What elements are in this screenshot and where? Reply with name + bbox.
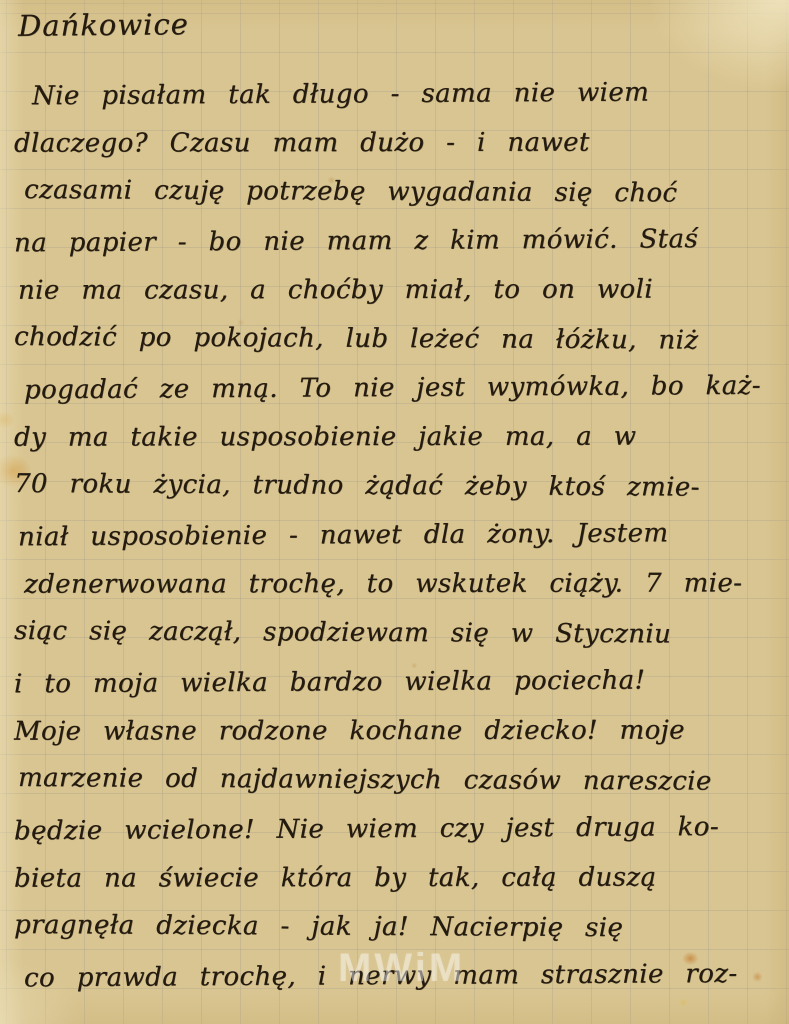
handwriting-line: na papier - bo nie mam z kim mówić. Staś	[14, 215, 782, 269]
handwriting-line: i to moja wielka bardzo wielka pociecha!	[14, 656, 782, 710]
handwriting-line: chodzić po pokojach, lub leżeć na łóżku,…	[14, 313, 782, 366]
letter-heading: Dańkowice	[18, 7, 189, 43]
handwriting-line: pogadać ze mną. To nie jest wymówka, bo …	[24, 362, 782, 416]
handwriting-line: czasami czuję potrzebę wygadania się cho…	[24, 166, 782, 219]
museum-watermark: MWiM	[338, 946, 465, 991]
handwriting-line: zdenerwowana trochę, to wskutek ciąży. 7…	[24, 559, 782, 609]
handwriting-line: marzenie od najdawniejszych czasów nares…	[18, 754, 782, 807]
handwriting-line: bieta na świecie która by tak, całą dusz…	[14, 853, 782, 903]
handwriting-line: niał usposobienie - nawet dla żony. Jest…	[18, 509, 782, 563]
handwriting-line: nie ma czasu, a choćby miał, to on woli	[18, 265, 782, 315]
handwriting-line: będzie wcielone! Nie wiem czy jest druga…	[14, 803, 782, 857]
handwriting-line: 70 roku życia, trudno żądać żeby ktoś zm…	[14, 460, 782, 513]
letter-body: Nie pisałam tak długo - sama nie wiem dl…	[14, 70, 782, 1001]
handwriting-line: Moje własne rodzone kochane dziecko! moj…	[14, 706, 782, 756]
handwriting-line: Nie pisałam tak długo - sama nie wiem	[32, 68, 782, 122]
handwriting-line: dy ma takie usposobienie jakie ma, a w	[14, 412, 782, 462]
handwriting-line: dlaczego? Czasu mam dużo - i nawet	[14, 118, 782, 168]
letter-page: Dańkowice Nie pisałam tak długo - sama n…	[0, 0, 789, 1024]
handwriting-line: siąc się zaczął, spodziewam się w Styczn…	[14, 607, 782, 660]
